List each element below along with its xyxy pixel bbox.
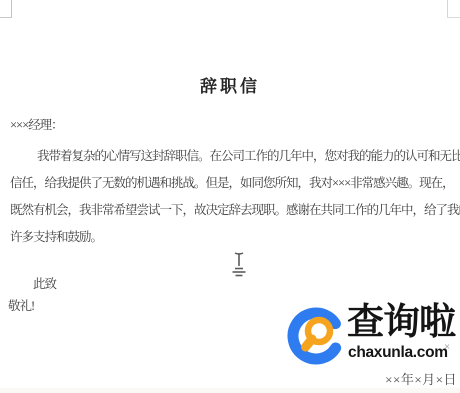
page-bottom-edge [0,388,460,393]
letter-title: 辞职信 [0,72,460,97]
body-line: 既然有机会，我非常希望尝试一下，故决定辞去现职。感谢在共同工作的几年中，给了我的 [10,200,460,218]
watermark-domain: chaxunla.com [348,344,448,362]
text-boundary-mark-top-left [0,0,12,18]
watermark-name: 查询啦 [347,303,455,344]
click-and-type-cursor-icon [231,251,247,281]
greeting-line: ×××经理： [10,115,63,133]
closing-jingli: 敬礼! [8,296,34,314]
chaxunla-logo-icon [287,306,347,366]
body-line: 信任，给我提供了无数的机遇和挑战。但是，如同您所知，我对×××非常感兴趣。现在， [10,173,454,191]
signature-partial: × [444,341,450,353]
text-boundary-mark-top-right [447,0,460,18]
document-page[interactable]: 辞职信 ×××经理： 我带着复杂的心情写这封辞职信。在公司工作的几年中，您对我的… [0,0,460,393]
closing-cizhi: 此致 [33,274,56,292]
body-line: 许多支持和鼓励。 [10,227,102,245]
date-line: ××年×月×日 [385,369,457,388]
body-line: 我带着复杂的心情写这封辞职信。在公司工作的几年中，您对我的能力的认可和无比的 [37,146,460,164]
